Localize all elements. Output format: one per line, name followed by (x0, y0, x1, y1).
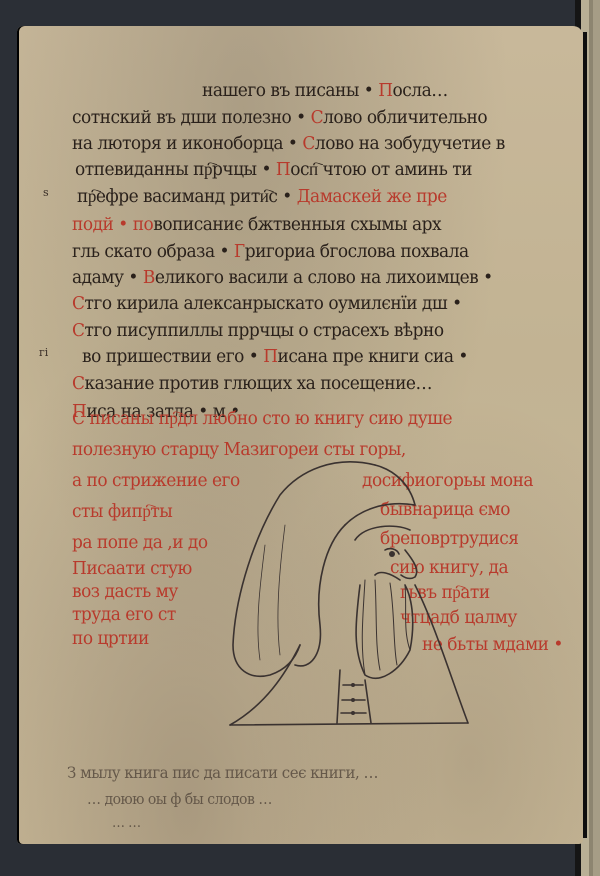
text-line: адаму • Великого васили а слово на лихои… (72, 268, 493, 289)
text-segment: во пришествии его • (82, 347, 263, 368)
margin-mark: ѕ (43, 186, 49, 199)
text-segment: нашего въ писаны • (202, 81, 378, 102)
rubric-text: Г (234, 242, 245, 263)
text-segment: осла… (393, 81, 448, 102)
rubric-text: С (302, 134, 315, 155)
colophon-line: ра попе да ,и до (72, 533, 208, 554)
rubric-text: С (72, 321, 85, 342)
text-segment: казание против глющих ха посещение… (85, 374, 432, 395)
text-line: пр҇ефре васиманд рити҇с • Дамаскей же пр… (77, 187, 447, 208)
text-segment: осп҇ чтою от аминь ти (290, 160, 472, 181)
text-line: во пришествии его • Писана пре книги сиа… (82, 347, 468, 368)
rubric-text: В (143, 268, 155, 289)
colophon-line: труда его ст (72, 605, 176, 626)
text-segment: тго писуппиллы пррчцы о страсехъ вѣрно (85, 321, 444, 342)
text-line: отпевиданны пр҇рчцы • Посп҇ чтою от амин… (75, 160, 472, 181)
text-line: Стго писуппиллы пррчцы о страсехъ вѣрно (72, 321, 444, 342)
colophon-line: а по стрижение его (72, 471, 240, 492)
text-line: на люторя и иконоборца • Слово на зобуду… (72, 134, 505, 155)
text-line: Сказание против глющих ха посещение… (72, 374, 432, 395)
colophon-line: воз дасть му (72, 582, 178, 603)
text-line: подй • повописаниє бжтвенныя схымы арх (72, 215, 441, 236)
text-segment: еликого васили а слово на лихоимцев • (155, 268, 493, 289)
text-line: сотнский въ дши полезно • Слово обличите… (72, 108, 487, 129)
text-segment: лово обличительно (323, 108, 487, 129)
rubric-text: П (276, 160, 290, 181)
text-segment: сотнский въ дши полезно • (72, 108, 311, 129)
text-line: Стго кирила алексанрыскато оумилєнїи дш … (72, 294, 462, 315)
colophon-line: по цртии (72, 629, 149, 650)
bottom-note-line: … … (112, 816, 141, 832)
rubric-text: П (263, 347, 277, 368)
text-segment: на люторя и иконоборца • (72, 134, 302, 155)
text-segment: исана пре книги сиа • (278, 347, 468, 368)
text-segment: отпевиданны пр҇рчцы • (75, 160, 276, 181)
rubric-text: подй • (72, 215, 133, 236)
text-line: гль скато образа • Григориа бгослова пох… (72, 242, 469, 263)
rubric-text: по (133, 215, 154, 236)
text-segment: пр҇ефре васиманд рити҇с • (77, 187, 297, 208)
rubric-text: С (311, 108, 324, 129)
text-segment: ригориа бгослова похвала (245, 242, 469, 263)
background (0, 840, 600, 876)
monk-portrait-illustration (225, 455, 470, 727)
text-segment: вописаниє бжтвенныя схымы арх (153, 215, 441, 236)
text-line: нашего въ писаны • Посла… (202, 81, 448, 102)
text-segment: адаму • (72, 268, 143, 289)
margin-mark: гі (39, 346, 48, 359)
rubric-text: Дамаскей же пре (297, 187, 447, 208)
bottom-note-line: … доюю оы ф бы слодов … (87, 792, 272, 809)
bottom-note-line: З мылу книга пис да писати сеє книги, … (67, 764, 378, 783)
rubric-text: С (72, 374, 85, 395)
colophon-line: С писаны пр҇дл любно сто ю книгу сию душ… (72, 409, 452, 430)
rubric-text: С (72, 294, 85, 315)
rubric-text: П (378, 81, 392, 102)
text-segment: тго кирила алексанрыскато оумилєнїи дш • (85, 294, 462, 315)
text-segment: лово на зобудучетие в (315, 134, 505, 155)
colophon-line: Писаати стую (72, 559, 192, 580)
text-segment: гль скато образа • (72, 242, 234, 263)
colophon-line: сты фипр҇ты (72, 502, 172, 523)
